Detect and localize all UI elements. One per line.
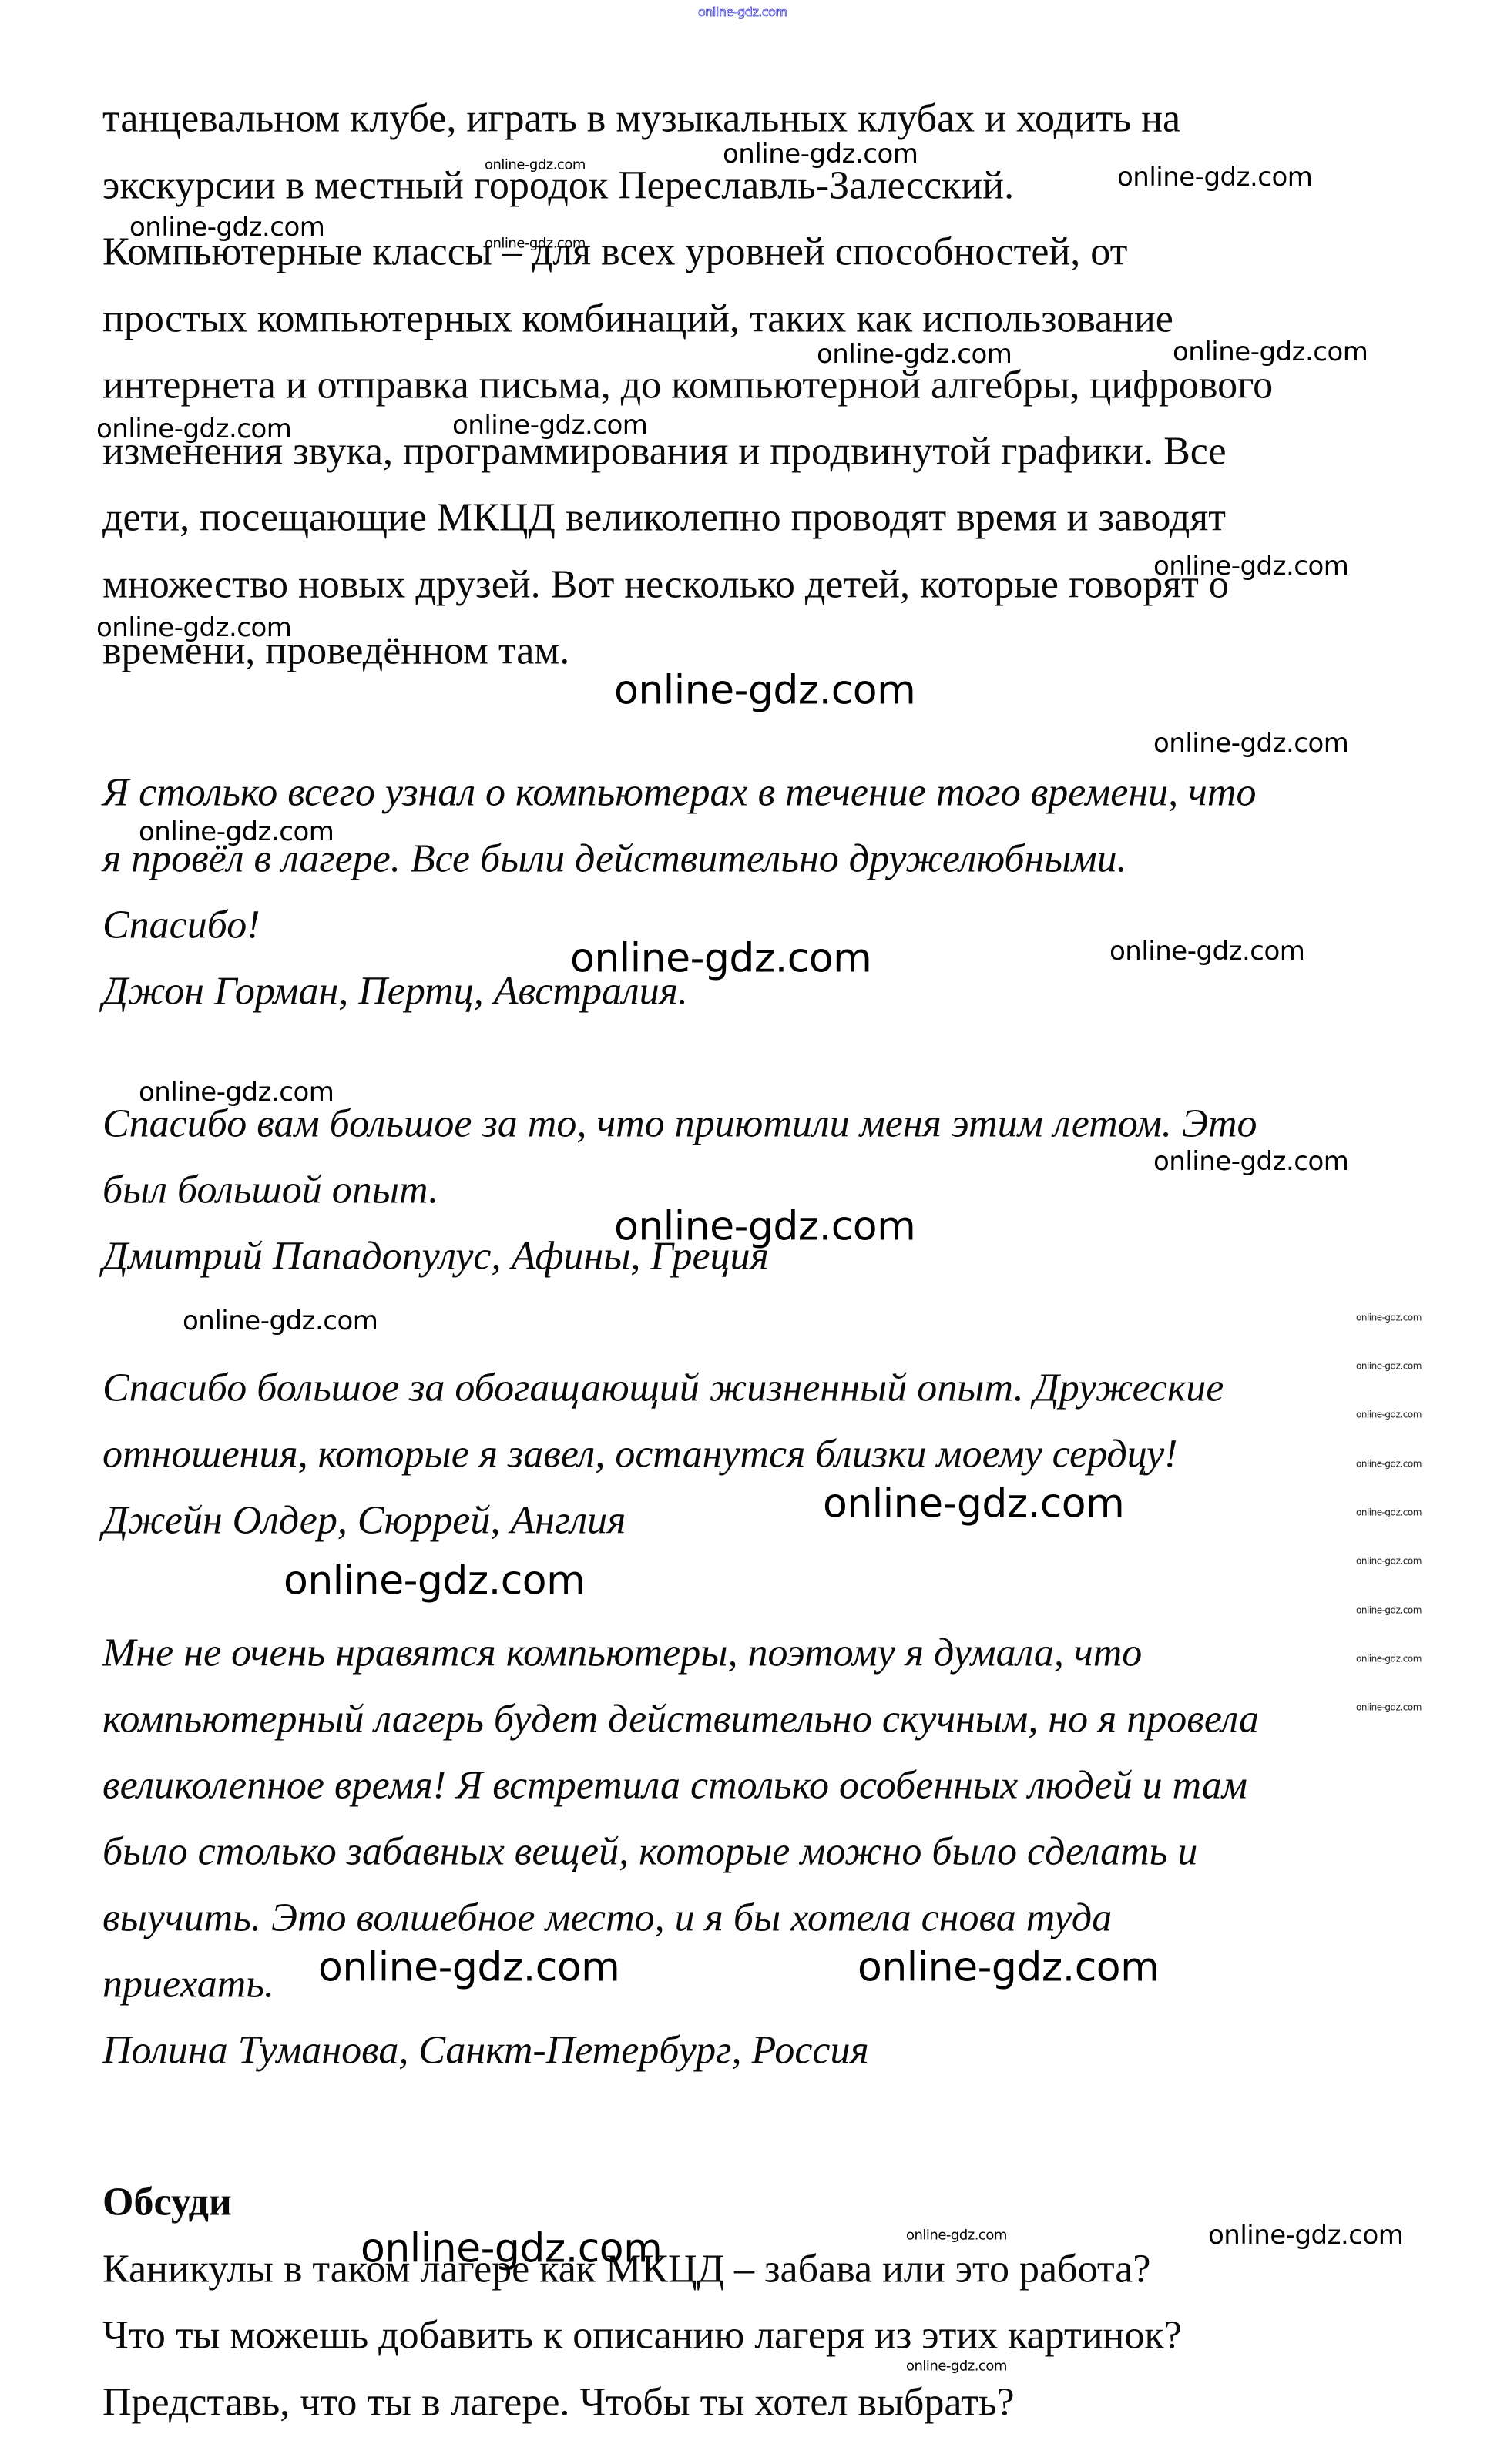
testimonial-author: Джейн Олдер, Сюррей, Англия [102, 1500, 626, 1540]
watermark: online-gdz.com [284, 1561, 585, 1601]
watermark: online-gdz.com [906, 2229, 1007, 2243]
testimonial-line: Спасибо! [102, 905, 260, 945]
watermark: online-gdz.com [139, 1079, 334, 1105]
testimonial-line: великолепное время! Я встретила столько … [102, 1765, 1247, 1805]
watermark: online-gdz.com [1356, 1556, 1422, 1565]
watermark: online-gdz.com [485, 159, 586, 173]
watermark: online-gdz.com [485, 237, 586, 251]
testimonial-line: Спасибо большое за обогащающий жизненный… [102, 1368, 1224, 1408]
watermark: online-gdz.com [1117, 164, 1312, 190]
watermark: online-gdz.com [1153, 553, 1348, 579]
discuss-question: Представь, что ты в лагере. Чтобы ты хот… [102, 2382, 1015, 2422]
watermark: online-gdz.com [1356, 1410, 1422, 1419]
watermark: online-gdz.com [318, 1947, 619, 1987]
watermark: online-gdz.com [723, 141, 918, 167]
watermark: online-gdz.com [1356, 1654, 1422, 1663]
intro-line: танцевальном клубе, играть в музыкальных… [102, 99, 1180, 139]
testimonial-line: Мне не очень нравятся компьютеры, поэтом… [102, 1633, 1142, 1673]
watermark: online-gdz.com [452, 412, 647, 438]
watermark: online-gdz.com [1153, 730, 1348, 756]
watermark: online-gdz.com [1356, 1312, 1422, 1322]
discuss-heading: Обсуди [102, 2182, 232, 2222]
testimonial-line: выучить. Это волшебное место, и я бы хот… [102, 1898, 1112, 1938]
watermark: online-gdz.com [1356, 1605, 1422, 1614]
discuss-question: Что ты можешь добавить к описанию лагеря… [102, 2315, 1182, 2355]
testimonial-line: Спасибо вам большое за то, что приютили … [102, 1104, 1257, 1144]
testimonial-line: было столько забавных вещей, которые мож… [102, 1832, 1197, 1872]
intro-line: множество новых друзей. Вот несколько де… [102, 565, 1229, 605]
intro-line: дети, посещающие МКЦД великолепно провод… [102, 498, 1226, 538]
watermark: online-gdz.com [1173, 339, 1368, 365]
watermark: online-gdz.com [1208, 2222, 1403, 2248]
watermark: online-gdz.com [1109, 938, 1304, 964]
watermark: online-gdz.com [858, 1947, 1159, 1987]
document-page: online-gdz.com танцевальном клубе, играт… [0, 0, 1487, 2464]
watermark: online-gdz.com [361, 2228, 662, 2268]
watermark: online-gdz.com [96, 615, 291, 641]
watermark: online-gdz.com [129, 214, 324, 240]
testimonial-line: отношения, которые я завел, останутся бл… [102, 1434, 1177, 1474]
watermark: online-gdz.com [906, 2360, 1007, 2374]
watermark: online-gdz.com [817, 341, 1012, 367]
watermark: online-gdz.com [614, 1206, 915, 1246]
testimonial-line: был большой опыт. [102, 1170, 438, 1210]
watermark: online-gdz.com [1356, 1507, 1422, 1517]
watermark: online-gdz.com [614, 670, 915, 710]
testimonial-line: приехать. [102, 1964, 274, 2004]
watermark: online-gdz.com [570, 938, 871, 978]
watermark: online-gdz.com [1356, 1361, 1422, 1370]
intro-line: простых компьютерных комбинаций, таких к… [102, 299, 1173, 339]
watermark: online-gdz.com [823, 1483, 1124, 1524]
testimonial-line: Я столько всего узнал о компьютерах в те… [102, 773, 1257, 813]
watermark: online-gdz.com [183, 1308, 378, 1334]
intro-line: интернета и отправка письма, до компьюте… [102, 365, 1273, 405]
watermark: online-gdz.com [1356, 1459, 1422, 1468]
watermark: online-gdz.com [1153, 1148, 1348, 1175]
header-watermark: online-gdz.com [698, 6, 787, 18]
testimonial-author: Полина Туманова, Санкт-Петербург, Россия [102, 2030, 869, 2070]
watermark: online-gdz.com [139, 819, 334, 845]
watermark: online-gdz.com [1356, 1702, 1422, 1711]
watermark: online-gdz.com [96, 416, 291, 442]
testimonial-line: компьютерный лагерь будет действительно … [102, 1699, 1259, 1739]
